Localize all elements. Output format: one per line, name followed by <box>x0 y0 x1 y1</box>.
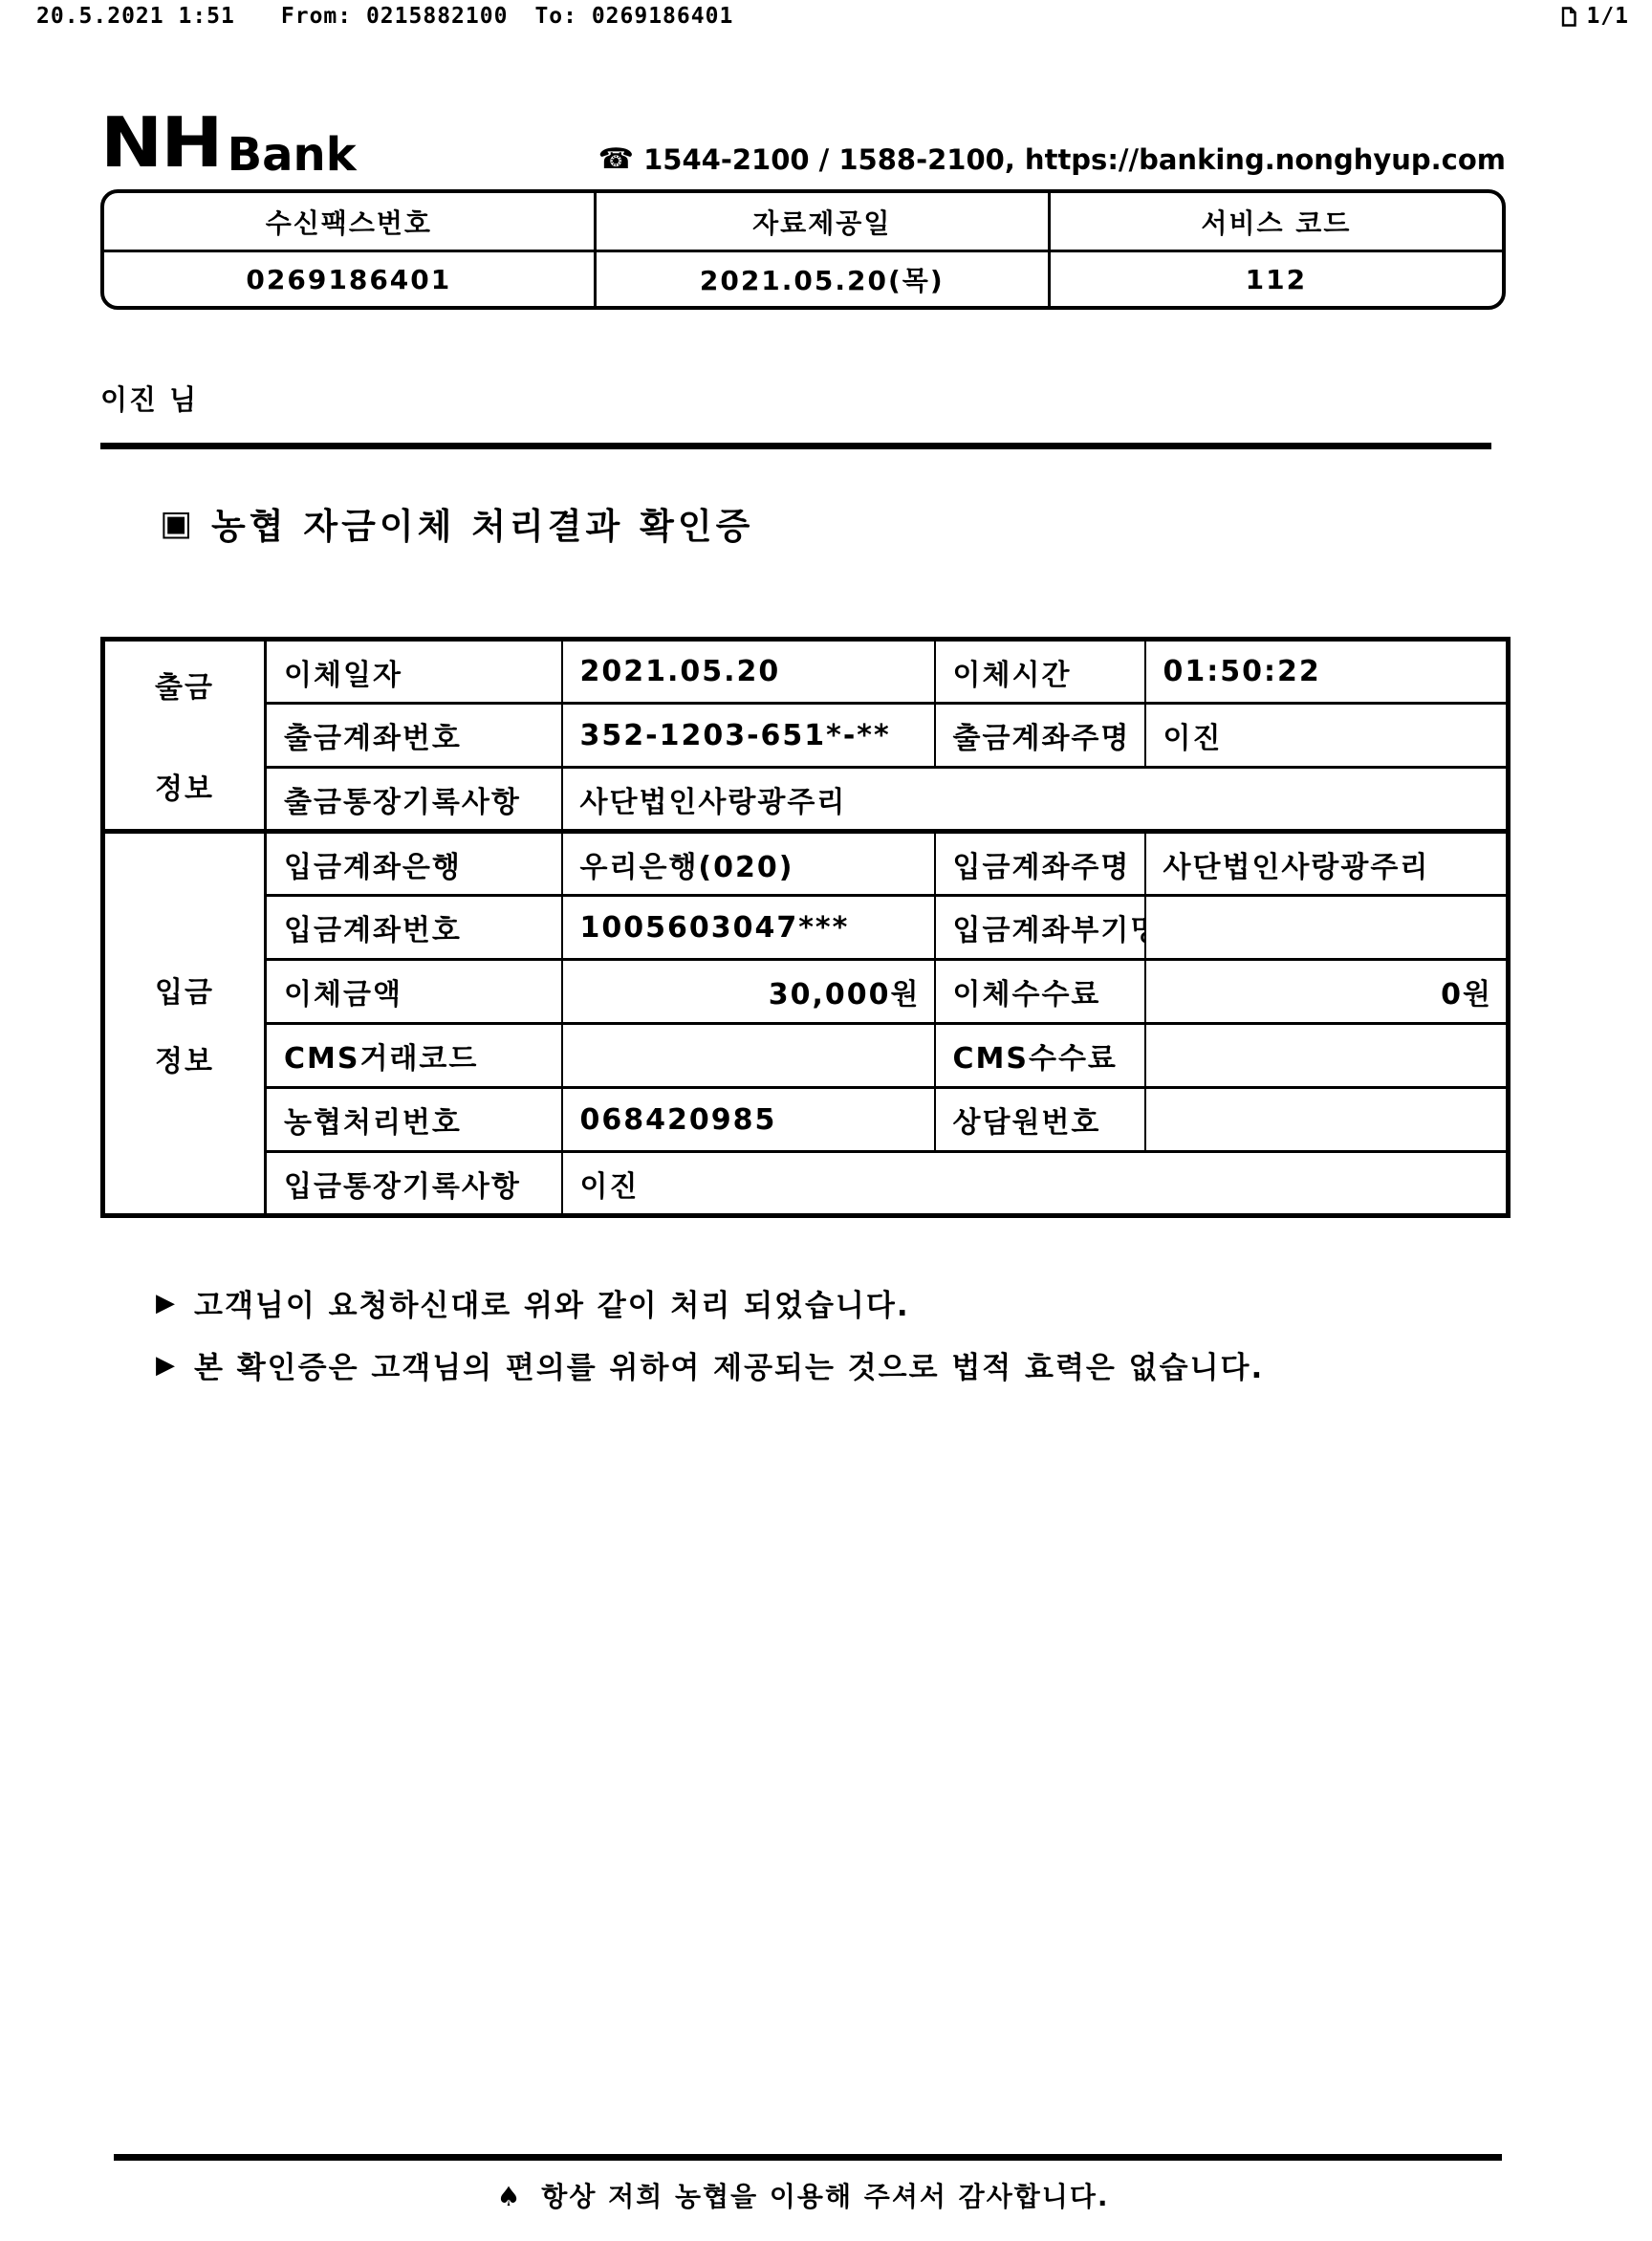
bank-contact-text: 1544-2100 / 1588-2100, https://banking.n… <box>643 143 1506 176</box>
label-transfer-amount: 이체금액 <box>266 960 562 1024</box>
label-deposit-holder: 입금계좌주명 <box>935 832 1145 896</box>
table-row: 출금통장기록사항 사단법인사랑광주리 <box>103 768 1509 832</box>
table-row: 출금 정보 이체일자 2021.05.20 이체시간 01:50:22 <box>103 640 1509 704</box>
spade-icon: ♠ <box>496 2181 522 2212</box>
label-transfer-date: 이체일자 <box>266 640 562 704</box>
info-header-service-code: 서비스 코드 <box>1048 193 1502 250</box>
label-deposit-account: 입금계좌번호 <box>266 896 562 960</box>
section-label-line: 정보 <box>155 765 214 807</box>
bank-contact-line: ☎ 1544-2100 / 1588-2100, https://banking… <box>598 142 1506 178</box>
table-row: 출금계좌번호 352-1203-651*-** 출금계좌주명 이진 <box>103 704 1509 768</box>
footer-thanks-text: 항상 저희 농협을 이용해 주셔서 감사합니다. <box>541 2181 1109 2212</box>
value-deposit-account-note <box>1145 896 1509 960</box>
info-header-fax-number: 수신팩스번호 <box>104 193 594 250</box>
bank-logo-text: Bank <box>228 132 357 178</box>
label-withdrawal-account: 출금계좌번호 <box>266 704 562 768</box>
value-deposit-bank: 우리은행(020) <box>562 832 935 896</box>
table-row: 입금계좌번호 1005603047*** 입금계좌부기명 <box>103 896 1509 960</box>
page-count: 1/1 <box>1586 4 1629 29</box>
label-transfer-fee: 이체수수료 <box>935 960 1145 1024</box>
fax-page-indicator: 1/1 <box>1561 4 1629 29</box>
value-transfer-amount: 30,000원 <box>562 960 935 1024</box>
deposit-section-label: 입금 정보 <box>103 832 266 1216</box>
withdrawal-section-label: 출금 정보 <box>103 640 266 832</box>
value-transfer-time: 01:50:22 <box>1145 640 1509 704</box>
fax-from-number: From: 0215882100 <box>281 4 509 29</box>
value-withdrawal-passbook-memo: 사단법인사랑광주리 <box>562 768 1509 832</box>
info-value-provided-date: 2021.05.20(목) <box>594 250 1048 306</box>
value-deposit-passbook-memo: 이진 <box>562 1152 1509 1216</box>
note-processed: ▶ 고객님이 요청하신대로 위와 같이 처리 되었습니다. <box>156 1281 1506 1324</box>
label-cms-fee: CMS수수료 <box>935 1024 1145 1088</box>
triangle-bullet-icon: ▶ <box>156 1351 177 1380</box>
label-deposit-passbook-memo: 입금통장기록사항 <box>266 1152 562 1216</box>
notes-section: ▶ 고객님이 요청하신대로 위와 같이 처리 되었습니다. ▶ 본 확인증은 고… <box>156 1281 1506 1386</box>
document-title-text: 농협 자금이체 처리결과 확인증 <box>211 497 753 549</box>
value-withdrawal-holder: 이진 <box>1145 704 1509 768</box>
table-row: 입금 정보 입금계좌은행 우리은행(020) 입금계좌주명 사단법인사랑광주리 <box>103 832 1509 896</box>
page-footer: ♠ 항상 저희 농협을 이용해 주셔서 감사합니다. <box>100 2154 1506 2214</box>
note-text: 고객님이 요청하신대로 위와 같이 처리 되었습니다. <box>194 1281 910 1324</box>
value-deposit-account: 1005603047*** <box>562 896 935 960</box>
value-transfer-fee: 0원 <box>1145 960 1509 1024</box>
label-agent-number: 상담원번호 <box>935 1088 1145 1152</box>
fax-datetime: 20.5.2021 1:51 <box>36 4 235 29</box>
section-label-line: 입금 <box>155 968 214 1011</box>
document-title: ▣ 농협 자금이체 처리결과 확인증 <box>160 497 1506 549</box>
label-withdrawal-holder: 출금계좌주명 <box>935 704 1145 768</box>
phone-icon: ☎ <box>598 142 634 176</box>
label-deposit-account-note: 입금계좌부기명 <box>935 896 1145 960</box>
note-no-legal-effect: ▶ 본 확인증은 고객님의 편의를 위하여 제공되는 것으로 법적 효력은 없습… <box>156 1343 1506 1386</box>
label-nh-process-number: 농협처리번호 <box>266 1088 562 1152</box>
table-row: 이체금액 30,000원 이체수수료 0원 <box>103 960 1509 1024</box>
divider-rule-top <box>100 443 1491 449</box>
section-label-line: 출금 <box>155 664 214 706</box>
section-label-line: 정보 <box>155 1037 214 1079</box>
table-row: 입금통장기록사항 이진 <box>103 1152 1509 1216</box>
recipient-name: 이진 님 <box>100 379 1506 418</box>
table-row: CMS거래코드 CMS수수료 <box>103 1024 1509 1088</box>
table-row: 농협처리번호 068420985 상담원번호 <box>103 1088 1509 1152</box>
page-icon <box>1561 7 1576 27</box>
info-value-fax-number: 0269186401 <box>104 250 594 306</box>
fax-to-number: To: 0269186401 <box>534 4 733 29</box>
nh-logo-text: NH <box>100 109 222 178</box>
bank-header: NH Bank ☎ 1544-2100 / 1588-2100, https:/… <box>100 103 1506 178</box>
value-cms-fee <box>1145 1024 1509 1088</box>
value-withdrawal-account: 352-1203-651*-** <box>562 704 935 768</box>
label-withdrawal-passbook-memo: 출금통장기록사항 <box>266 768 562 832</box>
value-deposit-holder: 사단법인사랑광주리 <box>1145 832 1509 896</box>
transfer-result-table: 출금 정보 이체일자 2021.05.20 이체시간 01:50:22 출금계좌… <box>100 637 1511 1218</box>
nh-bank-logo: NH Bank <box>100 103 357 178</box>
square-marker-icon: ▣ <box>160 504 196 543</box>
fax-info-table: 수신팩스번호 자료제공일 서비스 코드 0269186401 2021.05.2… <box>100 189 1506 310</box>
value-nh-process-number: 068420985 <box>562 1088 935 1152</box>
label-deposit-bank: 입금계좌은행 <box>266 832 562 896</box>
label-transfer-time: 이체시간 <box>935 640 1145 704</box>
note-text: 본 확인증은 고객님의 편의를 위하여 제공되는 것으로 법적 효력은 없습니다… <box>194 1343 1264 1386</box>
footer-thanks-line: ♠ 항상 저희 농협을 이용해 주셔서 감사합니다. <box>100 2176 1506 2214</box>
info-header-provided-date: 자료제공일 <box>594 193 1048 250</box>
divider-rule-bottom <box>114 2154 1502 2161</box>
info-value-service-code: 112 <box>1048 250 1502 306</box>
value-agent-number <box>1145 1088 1509 1152</box>
fax-transmission-header: 20.5.2021 1:51 From: 0215882100 To: 0269… <box>0 0 1652 29</box>
value-cms-transaction-code <box>562 1024 935 1088</box>
label-cms-transaction-code: CMS거래코드 <box>266 1024 562 1088</box>
triangle-bullet-icon: ▶ <box>156 1289 177 1317</box>
value-transfer-date: 2021.05.20 <box>562 640 935 704</box>
